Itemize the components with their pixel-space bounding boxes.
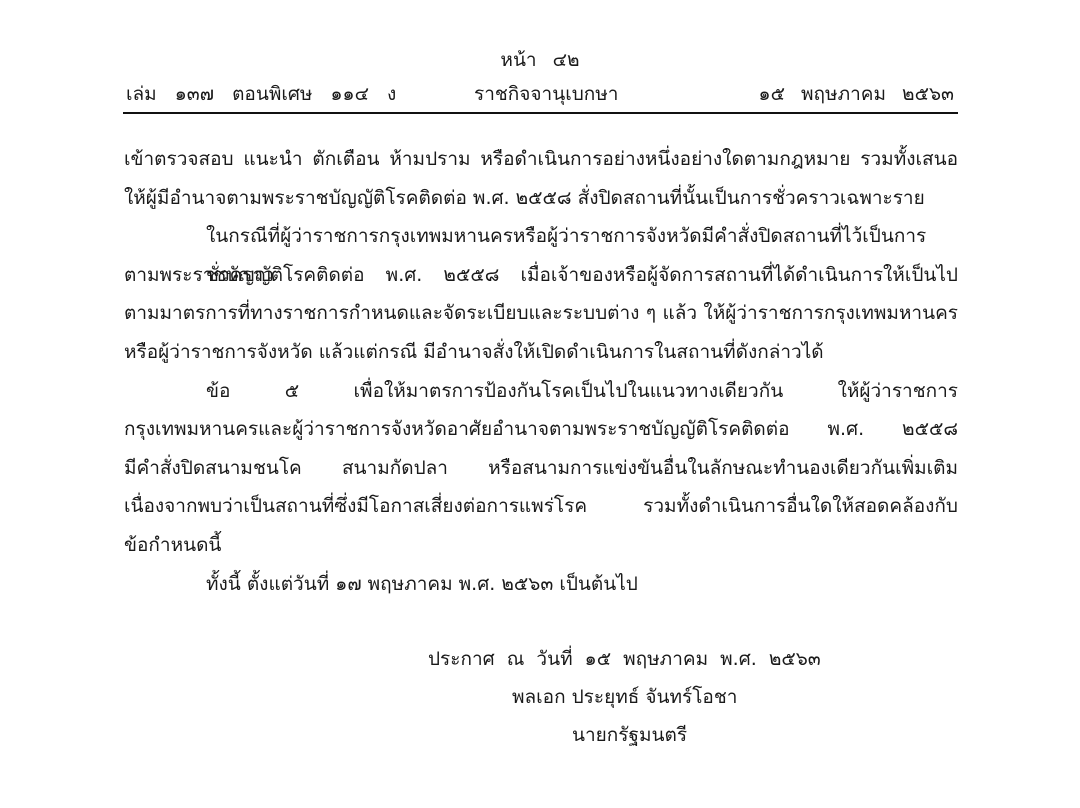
body-line: ตามพระราชบัญญัติโรคติดต่อ พ.ศ. ๒๕๕๘ เมื่… bbox=[124, 256, 958, 295]
signatory-title: นายกรัฐมนตรี bbox=[0, 716, 1080, 754]
body-line: ในกรณีที่ผู้ว่าราชการกรุงเทพมหานครหรือผู… bbox=[124, 217, 958, 256]
body-line: ข้อ ๕ เพื่อให้มาตรการป้องกันโรคเป็นไปในแ… bbox=[124, 372, 958, 411]
body-line: ตามมาตรการที่ทางราชการกำหนดและจัดระเบียบ… bbox=[124, 294, 958, 333]
body-line: ทั้งนี้ ตั้งแต่วันที่ ๑๗ พฤษภาคม พ.ศ. ๒๕… bbox=[124, 565, 958, 604]
signature-block: ประกาศ ณ วันที่ ๑๕ พฤษภาคม พ.ศ. ๒๕๖๓ พลเ… bbox=[0, 640, 1080, 754]
body-line: ให้ผู้มีอำนาจตามพระราชบัญญัติโรคติดต่อ พ… bbox=[124, 179, 958, 218]
body-line: เข้าตรวจสอบ แนะนำ ตักเตือน ห้ามปราม หรือ… bbox=[124, 140, 958, 179]
body-line: กรุงเทพมหานครและผู้ว่าราชการจังหวัดอาศัย… bbox=[124, 410, 958, 449]
signatory-name: พลเอก ประยุทธ์ จันทร์โอชา bbox=[0, 678, 1080, 716]
body-line: มีคำสั่งปิดสนามชนโค สนามกัดปลา หรือสนามก… bbox=[124, 449, 958, 488]
body-line: เนื่องจากพบว่าเป็นสถานที่ซึ่งมีโอกาสเสี่… bbox=[124, 487, 958, 526]
volume-issue: เล่ม ๑๓๗ ตอนพิเศษ ๑๑๔ ง bbox=[126, 80, 396, 108]
publication-name: ราชกิจจานุเบกษา bbox=[474, 80, 618, 108]
page-number: หน้า ๔๒ bbox=[0, 46, 1080, 74]
body-line: หรือผู้ว่าราชการจังหวัด แล้วแต่กรณี มีอำ… bbox=[124, 333, 958, 372]
body-line: ข้อกำหนดนี้ bbox=[124, 526, 958, 565]
header-divider bbox=[123, 112, 958, 114]
publication-date: ๑๕ พฤษภาคม ๒๕๖๓ bbox=[759, 80, 954, 108]
gazette-header: เล่ม ๑๓๗ ตอนพิเศษ ๑๑๔ ง ราชกิจจานุเบกษา … bbox=[124, 80, 958, 108]
document-body: เข้าตรวจสอบ แนะนำ ตักเตือน ห้ามปราม หรือ… bbox=[124, 140, 958, 603]
announcement-date: ประกาศ ณ วันที่ ๑๕ พฤษภาคม พ.ศ. ๒๕๖๓ bbox=[0, 640, 1080, 678]
